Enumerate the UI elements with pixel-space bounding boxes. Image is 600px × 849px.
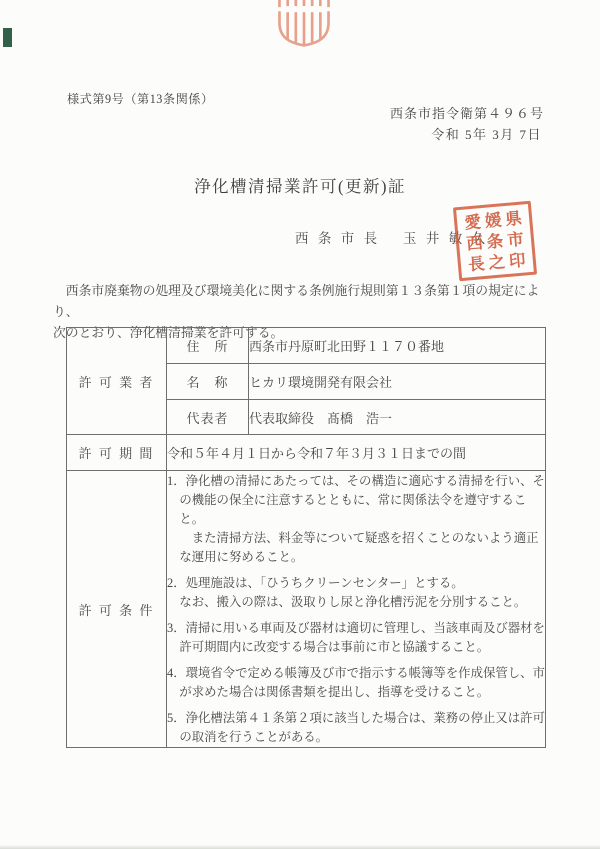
mayor-seal-stamp: 愛媛県 西条市 長之印 [453, 201, 537, 282]
permit-details-table: 許 可 業 者 住 所 西条市丹原町北田野１１７０番地 名 称 ヒカリ環境開発有… [66, 327, 546, 748]
condition-item-3: 3．清掃に用いる車両及び器材は適切に管理し、当該車両及び器材を許可期間内に改変す… [167, 619, 545, 657]
period-value-cell: 令和５年４月１日から令和７年３月３１日までの間 [167, 435, 546, 471]
form-number: 様式第9号（第13条関係） [67, 90, 214, 107]
issue-date: 令和 5年 3月 7日 [431, 124, 542, 143]
condition-item-2: 2．処理施設は、「ひうちクリーンセンター」とする。 [167, 574, 545, 593]
permit-document-page: 様式第9号（第13条関係） 西条市指令衛第４９６号 令和 5年 3月 7日 浄化… [0, 0, 600, 849]
scan-corner-mark [3, 28, 12, 47]
representative-value-cell: 代表取締役 髙橋 浩一 [249, 400, 546, 435]
table-row: 許 可 業 者 住 所 西条市丹原町北田野１１７０番地 [67, 328, 546, 364]
name-value-cell: ヒカリ環境開発有限会社 [249, 364, 546, 400]
condition-number: 2． [167, 576, 186, 590]
table-row: 許 可 期 間 令和５年４月１日から令和７年３月３１日までの間 [67, 435, 546, 471]
table-row: 許 可 条 件 1．浄化槽の清掃にあたっては、その構造に適応する清掃を行い、その… [67, 471, 546, 748]
condition-number: 1． [167, 474, 186, 488]
conditions-header-cell: 許 可 条 件 [67, 471, 167, 748]
licensee-header-cell: 許 可 業 者 [67, 328, 167, 435]
condition-number: 4． [167, 666, 186, 680]
page-bottom-shadow [0, 845, 600, 849]
condition-subtext-2: なお、搬入の際は、汲取りし尿と浄化槽汚泥を分別すること。 [167, 593, 545, 612]
preamble-line-1: 西条市廃棄物の処理及び環境美化に関する条例施行規則第１３条第１項の規定により、 [53, 281, 550, 323]
document-number: 西条市指令衛第４９６号 [390, 103, 544, 122]
condition-item-1: 1．浄化槽の清掃にあたっては、その構造に適応する清掃を行い、その機能の保全に注意… [167, 472, 545, 529]
condition-text: 浄化槽の清掃にあたっては、その構造に適応する清掃を行い、その機能の保全に注意する… [179, 474, 545, 526]
representative-label-cell: 代表者 [167, 400, 249, 435]
address-value-cell: 西条市丹原町北田野１１７０番地 [249, 328, 546, 364]
address-label-cell: 住 所 [167, 328, 249, 364]
condition-text: 浄化槽法第４１条第２項に該当した場合は、業務の停止又は許可の取消を行うことがある… [179, 711, 545, 744]
condition-text: 処理施設は、「ひうちクリーンセンター」とする。 [186, 576, 464, 590]
condition-subtext-1: また清掃方法、料金等について疑惑を招くことのないよう適正な運用に努めること。 [167, 529, 545, 567]
condition-text: 清掃に用いる車両及び器材は適切に管理し、当該車両及び器材を許可期間内に改変する場… [179, 621, 545, 654]
document-title: 浄化槽清掃業許可(更新)証 [0, 173, 600, 197]
conditions-value-cell: 1．浄化槽の清掃にあたっては、その構造に適応する清掃を行い、その機能の保全に注意… [167, 471, 546, 748]
condition-item-4: 4．環境省令で定める帳簿及び市で指示する帳簿等を作成保管し、市が求めた場合は関係… [167, 664, 545, 702]
condition-text: 環境省令で定める帳簿及び市で指示する帳簿等を作成保管し、市が求めた場合は関係書類… [179, 666, 545, 699]
period-header-cell: 許 可 期 間 [67, 435, 167, 471]
condition-number: 5． [167, 711, 186, 725]
name-label-cell: 名 称 [167, 364, 249, 400]
condition-number: 3． [167, 621, 186, 635]
condition-item-5: 5．浄化槽法第４１条第２項に該当した場合は、業務の停止又は許可の取消を行うことが… [167, 709, 545, 747]
city-crest-stamp-icon [277, 0, 331, 47]
